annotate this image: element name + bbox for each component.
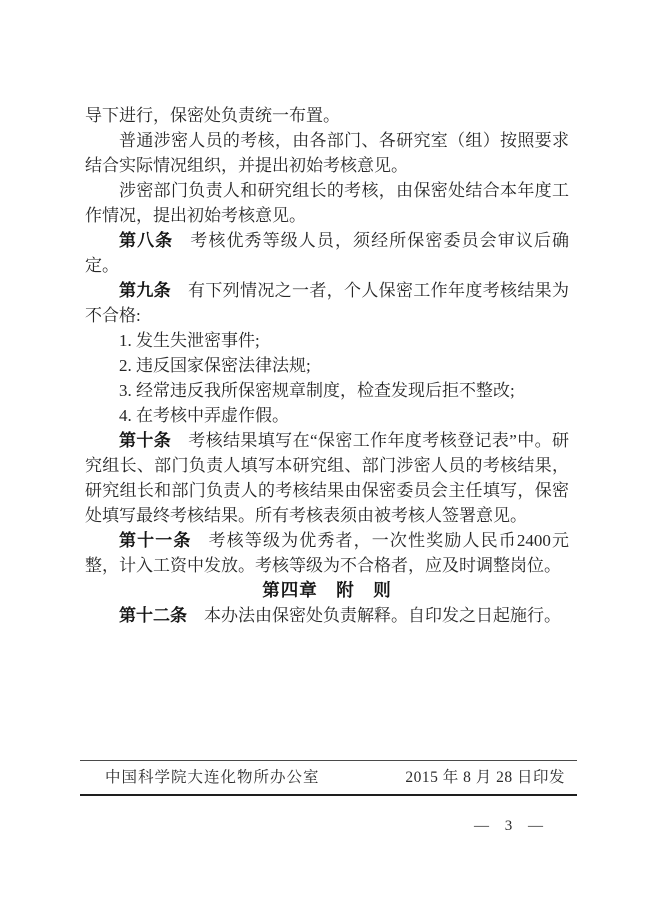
paragraph-article-11: 第十一条考核等级为优秀者，一次性奖励人民币2400元整，计入工资中发放。考核等级… (85, 528, 569, 578)
article-number: 第九条 (119, 281, 171, 300)
document-footer: 中国科学院大连化物所办公室 2015 年 8 月 28 日印发 (80, 760, 577, 796)
paragraph: 导下进行，保密处负责统一布置。 (85, 103, 569, 128)
list-item-text: 3. 经常违反我所保密规章制度，检查发现后拒不整改; (119, 381, 515, 400)
footer-bar: 中国科学院大连化物所办公室 2015 年 8 月 28 日印发 (80, 760, 577, 796)
paragraph-text: 导下进行，保密处负责统一布置。 (85, 106, 340, 125)
article-number: 第八条 (119, 231, 173, 250)
list-item-text: 2. 违反国家保密法律法规; (119, 356, 311, 375)
list-item: 4. 在考核中弄虚作假。 (85, 403, 569, 428)
article-number: 第十一条 (119, 531, 192, 550)
list-item: 1. 发生失泄密事件; (85, 328, 569, 353)
paragraph-article-8: 第八条考核优秀等级人员，须经所保密委员会审议后确定。 (85, 228, 569, 278)
chapter-heading: 第四章 附 则 (85, 578, 569, 603)
list-item-text: 1. 发生失泄密事件; (119, 331, 260, 350)
list-item: 3. 经常违反我所保密规章制度，检查发现后拒不整改; (85, 378, 569, 403)
paragraph-text: 涉密部门负责人和研究组长的考核，由保密处结合本年度工作情况，提出初始考核意见。 (85, 181, 569, 225)
footer-print-date: 2015 年 8 月 28 日印发 (405, 767, 565, 788)
paragraph: 普通涉密人员的考核，由各部门、各研究室（组）按照要求结合实际情况组织，并提出初始… (85, 128, 569, 178)
page-number: — 3 — (474, 818, 545, 835)
paragraph-text: 本办法由保密处负责解释。自印发之日起施行。 (204, 606, 561, 625)
document-page: 导下进行，保密处负责统一布置。 普通涉密人员的考核，由各部门、各研究室（组）按照… (0, 0, 651, 920)
article-number: 第十二条 (119, 606, 187, 625)
footer-issuer: 中国科学院大连化物所办公室 (105, 767, 320, 788)
list-item-text: 4. 在考核中弄虚作假。 (119, 406, 289, 425)
list-item: 2. 违反国家保密法律法规; (85, 353, 569, 378)
paragraph-article-10: 第十条考核结果填写在“保密工作年度考核登记表”中。研究组长、部门负责人填写本研究… (85, 428, 569, 528)
paragraph-article-12: 第十二条本办法由保密处负责解释。自印发之日起施行。 (85, 603, 569, 628)
document-body: 导下进行，保密处负责统一布置。 普通涉密人员的考核，由各部门、各研究室（组）按照… (85, 103, 569, 628)
paragraph-article-9: 第九条有下列情况之一者，个人保密工作年度考核结果为不合格: (85, 278, 569, 328)
article-number: 第十条 (119, 431, 171, 450)
paragraph-text: 普通涉密人员的考核，由各部门、各研究室（组）按照要求结合实际情况组织，并提出初始… (85, 131, 569, 175)
paragraph: 涉密部门负责人和研究组长的考核，由保密处结合本年度工作情况，提出初始考核意见。 (85, 178, 569, 228)
